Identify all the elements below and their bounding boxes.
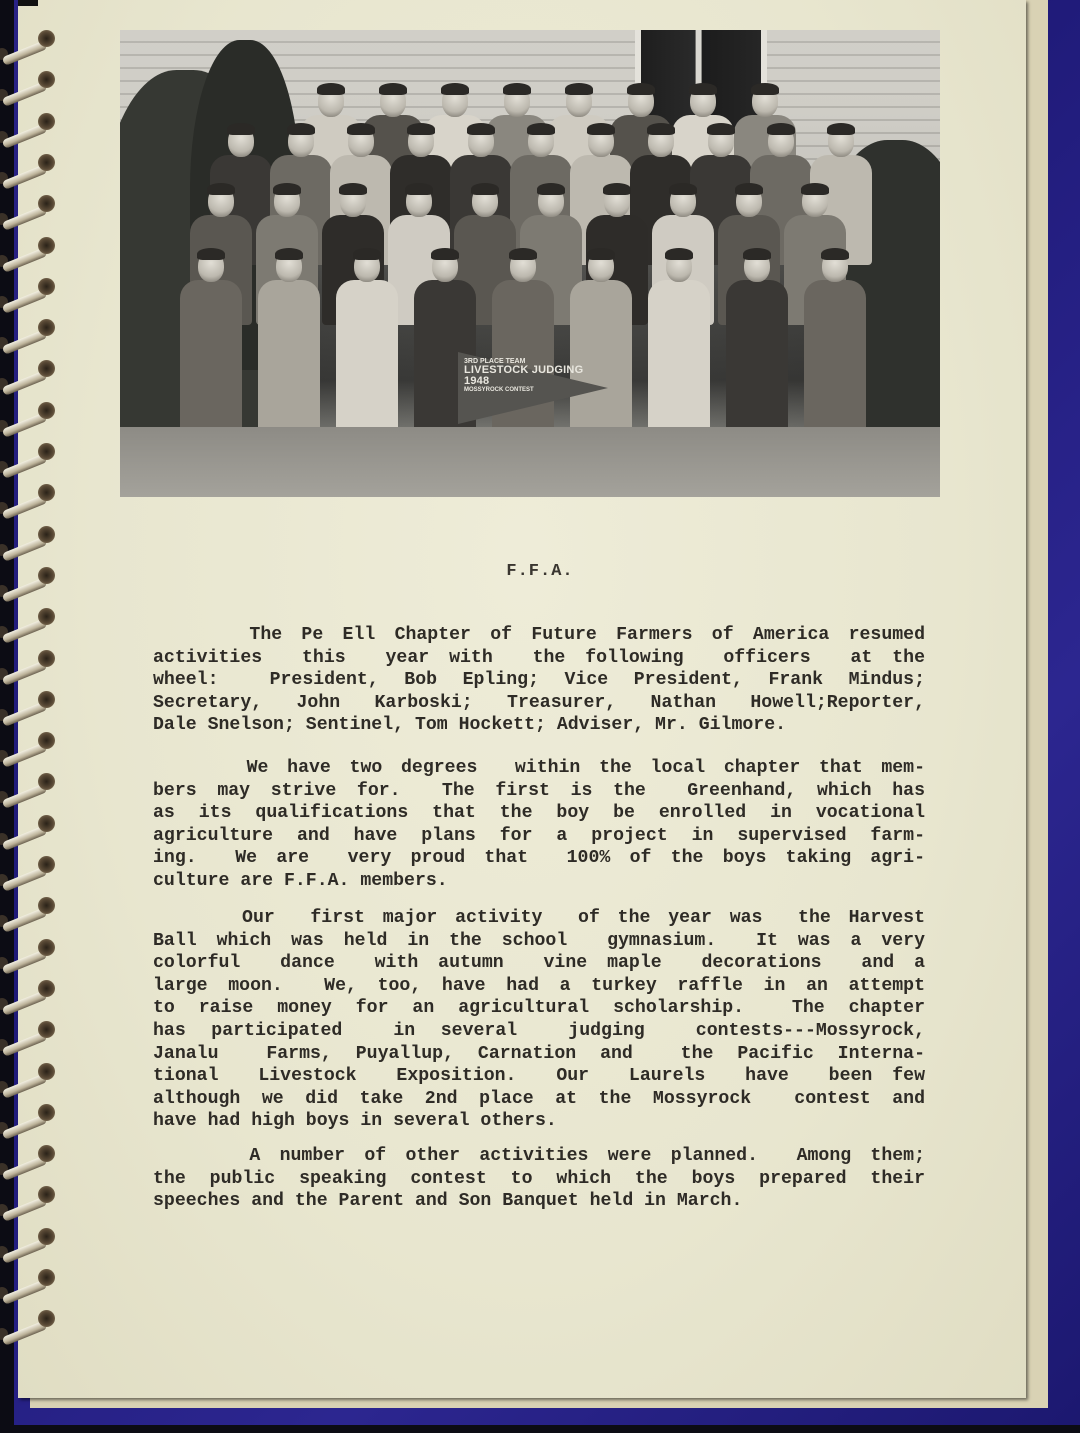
spiral-ring-icon	[0, 937, 60, 973]
text-line: Janalu Farms, Puyallup, Carnation and th…	[153, 1043, 925, 1066]
text-line: the public speaking contest to which the…	[153, 1168, 925, 1191]
spiral-binding	[0, 0, 60, 1433]
text-line: tional Livestock Exposition. Our Laurels…	[153, 1065, 925, 1088]
spiral-ring-icon	[0, 152, 60, 188]
spiral-ring-icon	[0, 854, 60, 890]
text-line: although we did take 2nd place at the Mo…	[153, 1088, 925, 1111]
spiral-ring-icon	[0, 895, 60, 931]
spiral-ring-icon	[0, 1019, 60, 1055]
spiral-ring-icon	[0, 235, 60, 271]
spiral-ring-icon	[0, 978, 60, 1014]
spiral-ring-icon	[0, 358, 60, 394]
spiral-ring-icon	[0, 1184, 60, 1220]
text-line: have had high boys in several others.	[153, 1110, 925, 1133]
text-line: speeches and the Parent and Son Banquet …	[153, 1190, 925, 1213]
spiral-ring-icon	[0, 813, 60, 849]
text-line: We have two degrees within the local cha…	[153, 757, 925, 780]
spiral-ring-icon	[0, 193, 60, 229]
text-line: ing. We are very proud that 100% of the …	[153, 847, 925, 870]
text-line: culture are F.F.A. members.	[153, 870, 925, 893]
text-line: as its qualifications that the boy be en…	[153, 802, 925, 825]
spiral-ring-icon	[0, 482, 60, 518]
paragraph-degrees: We have two degrees within the local cha…	[153, 757, 925, 893]
spiral-ring-icon	[0, 524, 60, 560]
text-line: Our first major activity of the year was…	[153, 907, 925, 930]
spiral-ring-icon	[0, 1308, 60, 1344]
spiral-ring-icon	[0, 111, 60, 147]
spiral-ring-icon	[0, 1226, 60, 1262]
spiral-ring-icon	[0, 1143, 60, 1179]
spiral-ring-icon	[0, 276, 60, 312]
paragraph-other-activities: A number of other activities were planne…	[153, 1145, 925, 1213]
lawn	[120, 427, 940, 497]
pennant-text: 3RD PLACE TEAM LIVESTOCK JUDGING 1948 MO…	[464, 358, 584, 393]
pennant-line-3: MOSSYROCK CONTEST	[464, 387, 584, 393]
text-line: Secretary, John Karboski; Treasurer, Nat…	[153, 692, 925, 715]
text-line: agriculture and have plans for a project…	[153, 825, 925, 848]
spiral-ring-icon	[0, 606, 60, 642]
text-line: has participated in several judging cont…	[153, 1020, 925, 1043]
spiral-ring-icon	[0, 441, 60, 477]
spiral-ring-icon	[0, 689, 60, 725]
text-line: Ball which was held in the school gymnas…	[153, 930, 925, 953]
spiral-ring-icon	[0, 28, 60, 64]
text-line: colorful dance with autumn vine maple de…	[153, 952, 925, 975]
paragraph-officers: The Pe Ell Chapter of Future Farmers of …	[153, 624, 925, 737]
text-line: to raise money for an agricultural schol…	[153, 997, 925, 1020]
text-line: bers may strive for. The first is the Gr…	[153, 780, 925, 803]
spiral-ring-icon	[0, 317, 60, 353]
group-photo: 3RD PLACE TEAM LIVESTOCK JUDGING 1948 MO…	[120, 30, 940, 497]
text-line: A number of other activities were planne…	[153, 1145, 925, 1168]
text-line: The Pe Ell Chapter of Future Farmers of …	[153, 624, 925, 647]
spiral-ring-icon	[0, 1061, 60, 1097]
spiral-ring-icon	[0, 730, 60, 766]
spiral-ring-icon	[0, 400, 60, 436]
text-line: wheel: President, Bob Epling; Vice Presi…	[153, 669, 925, 692]
text-line: activities this year with the following …	[153, 647, 925, 670]
text-line: large moon. We, too, have had a turkey r…	[153, 975, 925, 998]
page-title: F.F.A.	[0, 562, 1080, 581]
spiral-ring-icon	[0, 648, 60, 684]
text-line: Dale Snelson; Sentinel, Tom Hockett; Adv…	[153, 714, 925, 737]
paragraph-activities: Our first major activity of the year was…	[153, 907, 925, 1133]
spiral-ring-icon	[0, 1267, 60, 1303]
spiral-ring-icon	[0, 1102, 60, 1138]
pennant-line-2: LIVESTOCK JUDGING 1948	[464, 365, 584, 387]
spiral-ring-icon	[0, 69, 60, 105]
spiral-ring-icon	[0, 771, 60, 807]
